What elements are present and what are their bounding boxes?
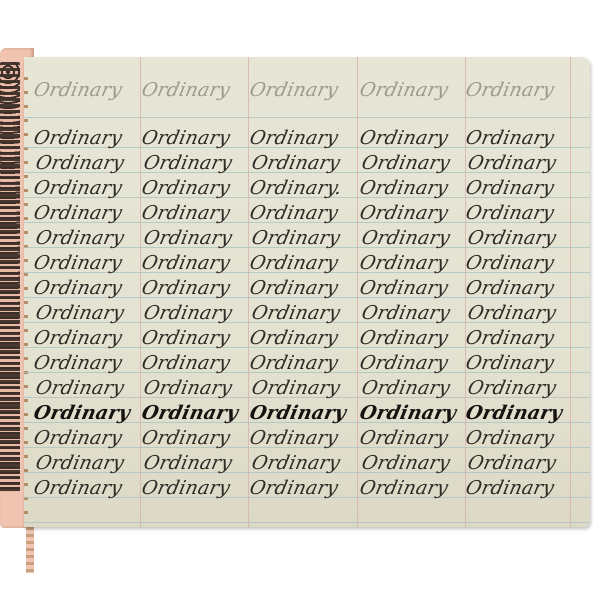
practice-word: Ordinary [34,377,147,399]
practice-word: Ordinary [32,202,145,224]
practice-word: Ordinary [142,227,255,249]
practice-word: Ordinary [32,427,145,449]
practice-word: Ordinary [464,352,577,374]
practice-word: Ordinary [248,252,361,274]
practice-word: Ordinary [464,477,577,499]
practice-word: Ordinary [32,352,145,374]
practice-word: Ordinary [248,352,361,374]
practice-word: Ordinary [248,202,361,224]
practice-word: Ordinary [248,402,361,424]
practice-word: Ordinary [464,327,577,349]
ruled-line [24,522,590,523]
practice-word: Ordinary [358,127,471,149]
practice-word: Ordinary [360,152,473,174]
practice-word: Ordinary [360,377,473,399]
practice-word: Ordinary [464,177,577,199]
model-word: Ordinary [140,79,253,101]
practice-word: Ordinary [32,477,145,499]
practice-word: Ordinary [250,302,363,324]
model-word: Ordinary [32,79,145,101]
practice-word: Ordinary [248,127,361,149]
practice-word: Ordinary [140,352,253,374]
practice-word: Ordinary [358,202,471,224]
practice-word: Ordinary [464,252,577,274]
practice-word: Ordinary [32,327,145,349]
practice-word: Ordinary [142,152,255,174]
practice-word: Ordinary [140,252,253,274]
practice-word: Ordinary [466,302,579,324]
practice-word: Ordinary [32,277,145,299]
practice-word: Ordinary [360,227,473,249]
practice-word: Ordinary [358,177,471,199]
practice-word: Ordinary [140,427,253,449]
copybook-page: OrdinaryOrdinaryOrdinaryOrdinaryOrdinary… [24,57,590,527]
practice-word: Ordinary [34,452,147,474]
practice-word: Ordinary [358,352,471,374]
practice-word: Ordinary [34,152,147,174]
practice-word: Ordinary [358,327,471,349]
practice-word: Ordinary [464,402,577,424]
practice-word: Ordinary [360,452,473,474]
practice-word: Ordinary [464,202,577,224]
practice-word: Ordinary [464,427,577,449]
practice-word: Ordinary. [248,177,361,199]
practice-word: Ordinary [358,427,471,449]
practice-word: Ordinary [140,277,253,299]
practice-word: Ordinary [248,277,361,299]
practice-word: Ordinary [250,452,363,474]
model-word: Ordinary [358,79,471,101]
practice-word: Ordinary [466,152,579,174]
practice-word: Ordinary [358,402,471,424]
ruled-line [24,117,590,118]
practice-word: Ordinary [32,177,145,199]
practice-word: Ordinary [250,377,363,399]
practice-word: Ordinary [34,302,147,324]
practice-word: Ordinary [248,327,361,349]
practice-word: Ordinary [358,277,471,299]
practice-word: Ordinary [250,152,363,174]
practice-word: Ordinary [142,377,255,399]
practice-word: Ordinary [464,127,577,149]
model-word: Ordinary [248,79,361,101]
practice-word: Ordinary [32,402,145,424]
practice-word: Ordinary [250,227,363,249]
practice-word: Ordinary [140,177,253,199]
practice-word: Ordinary [140,202,253,224]
practice-word: Ordinary [34,227,147,249]
practice-word: Ordinary [32,252,145,274]
practice-word: Ordinary [466,227,579,249]
practice-word: Ordinary [142,302,255,324]
practice-word: Ordinary [140,477,253,499]
ornamental-border [0,62,20,492]
practice-word: Ordinary [248,427,361,449]
practice-word: Ordinary [32,127,145,149]
practice-word: Ordinary [140,127,253,149]
practice-word: Ordinary [360,302,473,324]
practice-word: Ordinary [248,477,361,499]
practice-word: Ordinary [140,402,253,424]
practice-word: Ordinary [466,377,579,399]
model-word: Ordinary [464,79,577,101]
practice-word: Ordinary [358,477,471,499]
practice-word: Ordinary [358,252,471,274]
practice-word: Ordinary [466,452,579,474]
practice-word: Ordinary [464,277,577,299]
practice-word: Ordinary [142,452,255,474]
practice-word: Ordinary [140,327,253,349]
